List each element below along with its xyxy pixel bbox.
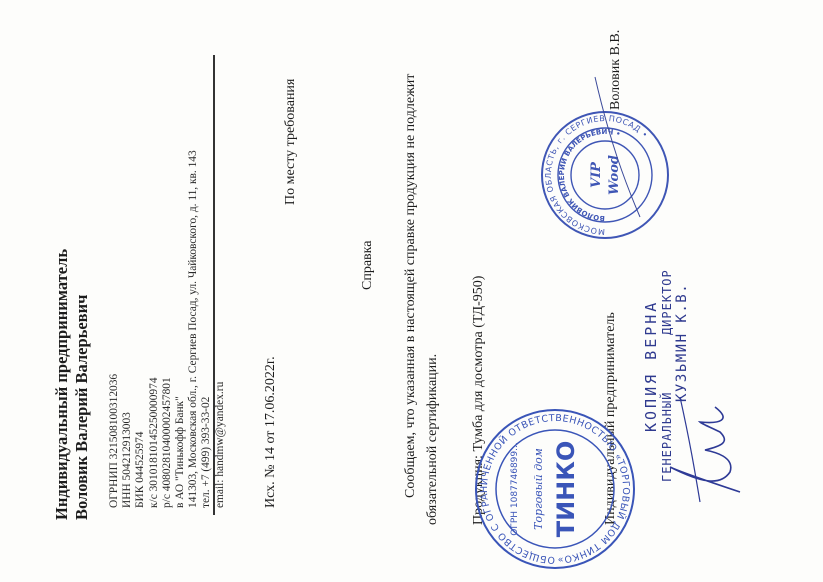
email: email: handmw@yandex.ru [214, 150, 227, 508]
company-seal-icon: ОБЩЕСТВО С ОГРАНИЧЕННОЙ ОТВЕТСТВЕННОСТЬЮ… [472, 406, 638, 572]
inn: ИНН 504212913003 [121, 150, 134, 508]
corr-account: к/с 30101810145250000974 [148, 150, 161, 508]
certified-copy-title: КОПИЯ ВЕРНА [642, 269, 660, 482]
body-text-line2: обязательной сертификации. [424, 354, 442, 525]
company-seal-stamp: ОБЩЕСТВО С ОГРАНИЧЕННОЙ ОТВЕТСТВЕННОСТЬЮ… [472, 406, 638, 572]
certifier-title-b: ДИРЕКТОР [660, 269, 674, 335]
settlement-account: р/с 40802810400002457801 [161, 150, 174, 508]
svg-text:ТИНКО: ТИНКО [552, 441, 580, 538]
letterhead-role: Индивидуальный предприниматель [52, 249, 72, 520]
outgoing-number: Исх. № 14 от 17.06.2022г. [262, 356, 280, 508]
requisites-block: ОГРНИП 321508100312036 ИНН 504212913003 … [108, 150, 227, 508]
bik: БИК 044525974 [134, 150, 147, 508]
address: 141303, Московская обл., г. Сергиев Поса… [187, 150, 200, 508]
phone: тел. +7 (499) 393-33-02 [200, 150, 213, 508]
document-title: Справка [359, 241, 377, 290]
header-divider [213, 55, 215, 515]
document-page: Индивидуальный предприниматель Воловик В… [0, 0, 823, 582]
svg-text:Торговый дом: Торговый дом [532, 448, 545, 530]
ip-signature [590, 72, 650, 222]
body-text-line1: Сообщаем, что указанная в настоящей спра… [402, 74, 420, 498]
bank-name: в АО "Тинькофф Банк" [174, 150, 187, 508]
svg-text:ОГРН 1087746899...: ОГРН 1087746899... [510, 442, 520, 535]
ogrnip: ОГРНИП 321508100312036 [108, 150, 121, 508]
director-signature [660, 392, 750, 512]
addressee: По месту требования [282, 79, 300, 205]
letterhead-name: Воловик Валерий Валерьевич [72, 249, 92, 520]
letterhead-title: Индивидуальный предприниматель Воловик В… [52, 249, 92, 520]
